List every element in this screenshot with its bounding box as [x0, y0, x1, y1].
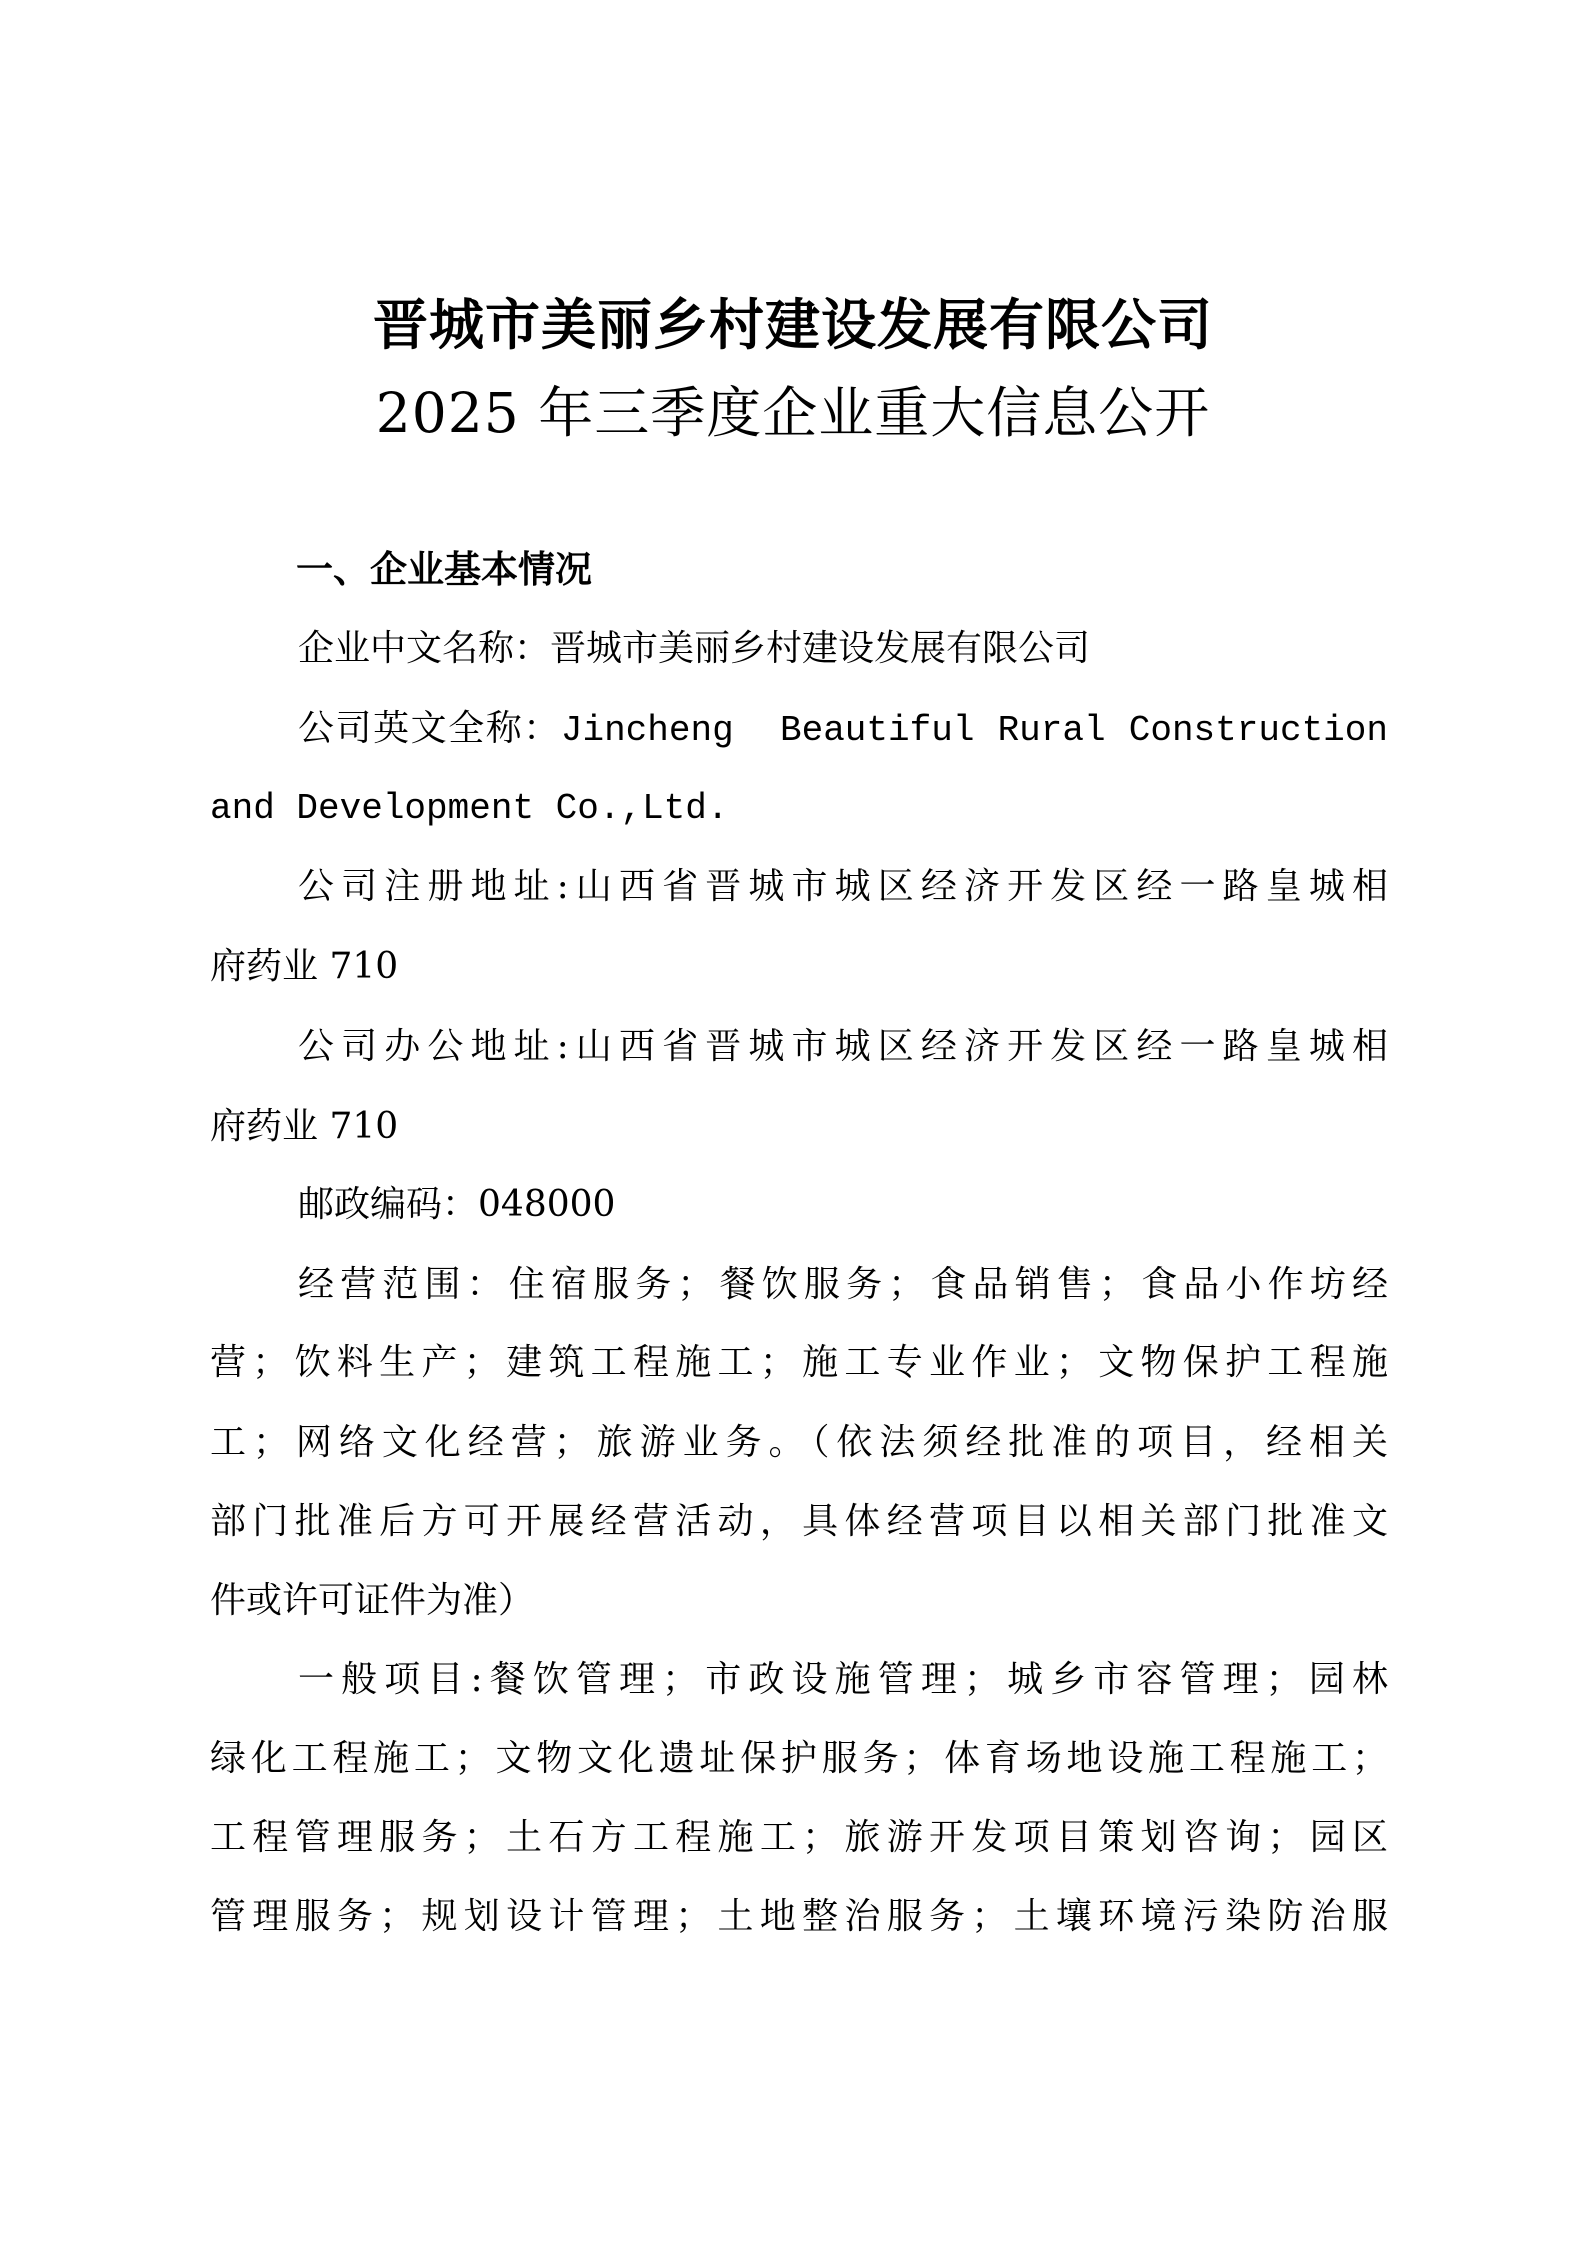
general-items-line: 管理服务；规划设计管理；土地整治服务；土壤环境污染防治服 — [210, 1892, 1388, 1942]
postal-code-value: 048000 — [478, 1184, 615, 1225]
business-scope-line: 部门批准后方可开展经营活动，具体经营项目以相关部门批准文 — [210, 1497, 1388, 1547]
document-title-line-2: 2025 年三季度企业重大信息公开 — [0, 378, 1586, 448]
office-address-value-line-1: 山西省晋城市城区经济开发区经一路皇城相 — [569, 1026, 1388, 1067]
postal-code-row: 邮政编码：048000 — [298, 1180, 1388, 1230]
general-items-line: 工程管理服务；土石方工程施工；旅游开发项目策划咨询；园区 — [210, 1813, 1388, 1863]
business-scope-line: 件或许可证件为准） — [210, 1576, 1388, 1626]
document-page: 晋城市美丽乡村建设发展有限公司 2025 年三季度企业重大信息公开 一、企业基本… — [0, 0, 1586, 2245]
english-name-value-line-1: Jincheng Beautiful Rural Construction — [561, 710, 1388, 751]
chinese-name-row: 企业中文名称：晋城市美丽乡村建设发展有限公司 — [298, 624, 1388, 674]
business-scope-line: 工；网络文化经营；旅游业务。（依法须经批准的项目，经相关 — [210, 1418, 1388, 1468]
office-address-value-line-2: 府药业 710 — [210, 1102, 1388, 1152]
general-items-line: 绿化工程施工；文物文化遗址保护服务；体育场地设施工程施工； — [210, 1734, 1388, 1784]
registered-address-label: 公司注册地址: — [298, 866, 569, 907]
postal-code-label: 邮政编码： — [298, 1184, 478, 1225]
english-name-label: 公司英文全称： — [298, 708, 561, 749]
office-address-label: 公司办公地址: — [298, 1026, 569, 1067]
registered-address-row: 公司注册地址:山西省晋城市城区经济开发区经一路皇城相 — [298, 862, 1388, 912]
office-address-row: 公司办公地址:山西省晋城市城区经济开发区经一路皇城相 — [298, 1022, 1388, 1072]
business-scope-line: 经营范围：住宿服务；餐饮服务；食品销售；食品小作坊经 — [298, 1260, 1388, 1310]
english-name-value-line-2: and Development Co.,Ltd. — [210, 784, 1388, 834]
registered-address-value-line-1: 山西省晋城市城区经济开发区经一路皇城相 — [569, 866, 1388, 907]
english-name-row: 公司英文全称：Jincheng Beautiful Rural Construc… — [298, 704, 1388, 756]
chinese-name-value: 晋城市美丽乡村建设发展有限公司 — [550, 628, 1090, 669]
section-heading-basic-info: 一、企业基本情况 — [296, 545, 592, 595]
general-items-line: 一般项目:餐饮管理；市政设施管理；城乡市容管理；园林 — [298, 1655, 1388, 1705]
document-title-line-1: 晋城市美丽乡村建设发展有限公司 — [0, 290, 1586, 360]
chinese-name-label: 企业中文名称： — [298, 628, 550, 669]
registered-address-value-line-2: 府药业 710 — [210, 942, 1388, 992]
business-scope-line: 营；饮料生产；建筑工程施工；施工专业作业；文物保护工程施 — [210, 1338, 1388, 1388]
